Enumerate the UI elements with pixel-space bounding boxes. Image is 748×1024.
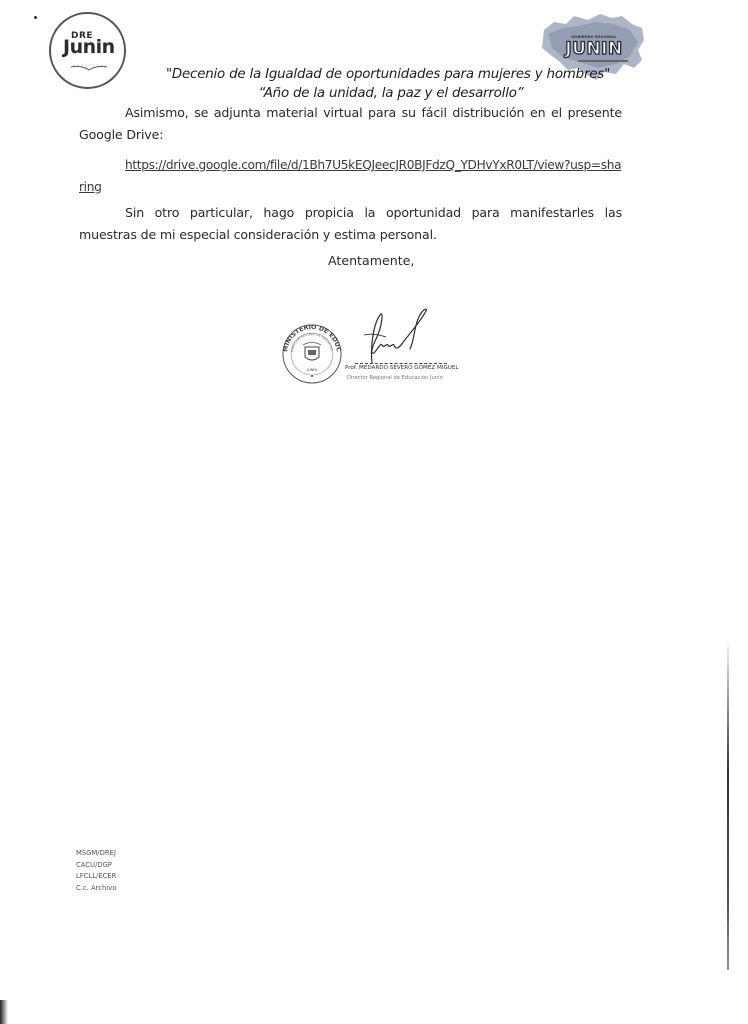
scan-speck (34, 16, 37, 19)
reference-line: MSGM/DREJ (76, 848, 116, 860)
year-motto: “Año de la unidad, la paz y el desarroll… (0, 86, 748, 101)
decade-motto: "Decenio de la Igualdad de oportunidades… (0, 67, 748, 82)
signatory-name: Prof. MEDARDO SEVERO GOMEZ MIGUEL (345, 365, 459, 371)
reference-line: LFCLL/ECER (76, 871, 116, 883)
signature-line (355, 363, 447, 364)
scan-corner-shadow (0, 1000, 8, 1024)
reference-initials: MSGM/DREJ CACU/DGP LFCLL/ECER C.c. Archi… (76, 848, 116, 894)
official-seal-icon: MINISTERIO DE EDUCACION DIRECCION REGION… (281, 323, 343, 385)
logo-junin-text: JUNIN (561, 39, 627, 59)
reference-line: CACU/DGP (76, 860, 116, 872)
signatory-title: Director Regional de Educación Junín (347, 375, 443, 381)
attachment-paragraph: Asimismo, se adjunta material virtual pa… (79, 102, 622, 146)
scan-edge-line (727, 640, 729, 970)
svg-text:JUNIN: JUNIN (306, 368, 317, 372)
closing-paragraph: Sin otro particular, hago propicia la op… (79, 202, 622, 246)
google-drive-link[interactable]: https://drive.google.com/file/d/1Bh7U5kE… (79, 154, 624, 198)
logo-junin-text: Junin (63, 36, 115, 58)
closing-salutation: Atentamente, (328, 253, 414, 268)
reference-line: C.c. Archivo (76, 883, 116, 895)
logo-underline (578, 60, 628, 62)
handwritten-signature-icon (352, 305, 432, 367)
document-page: DRE Junin GOBIERNO REGIONAL JUNIN "Decen… (0, 0, 748, 1024)
